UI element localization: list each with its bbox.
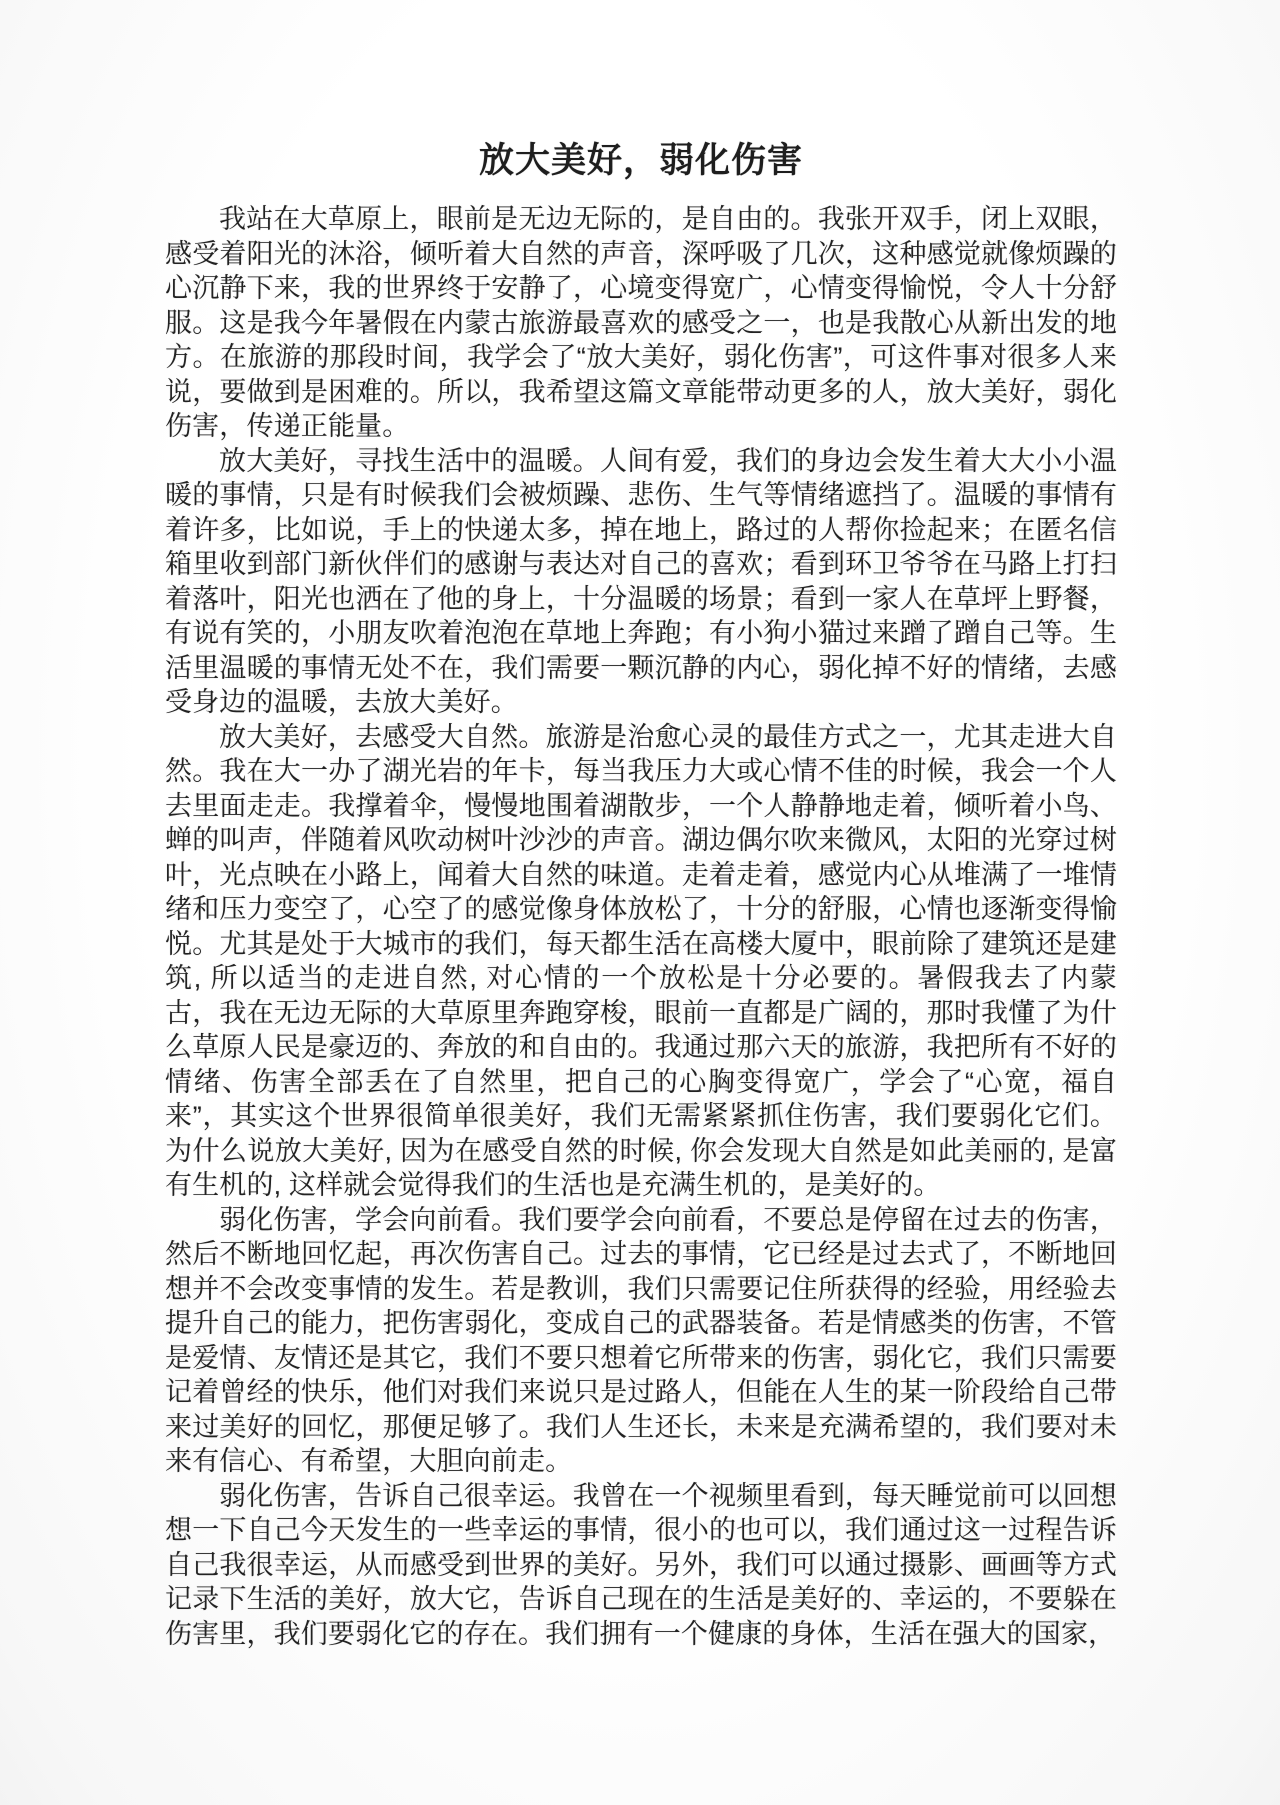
essay-paragraph-nature: 放大美好，去感受大自然。旅游是治愈心灵的最佳方式之一，尤其走进大自然。我在大一办… [165, 720, 1117, 1203]
essay-paragraph-intro: 我站在大草原上，眼前是无边无际的，是自由的。我张开双手，闭上双眼，感受着阳光的沐… [165, 202, 1117, 444]
essay-paragraph-look-forward: 弱化伤害，学会向前看。我们要学会向前看，不要总是停留在过去的伤害，然后不断地回忆… [165, 1203, 1117, 1479]
essay-title: 放大美好，弱化伤害 [165, 138, 1117, 184]
essay-content: 放大美好，弱化伤害 我站在大草原上，眼前是无边无际的，是自由的。我张开双手，闭上… [165, 138, 1117, 1651]
essay-paragraph-lucky: 弱化伤害，告诉自己很幸运。我曾在一个视频里看到，每天睡觉前可以回想想一下自己今天… [165, 1479, 1117, 1652]
essay-paragraph-warmth: 放大美好，寻找生活中的温暖。人间有爱，我们的身边会发生着大大小小温暖的事情，只是… [165, 444, 1117, 720]
essay-page: 放大美好，弱化伤害 我站在大草原上，眼前是无边无际的，是自由的。我张开双手，闭上… [0, 0, 1280, 1805]
